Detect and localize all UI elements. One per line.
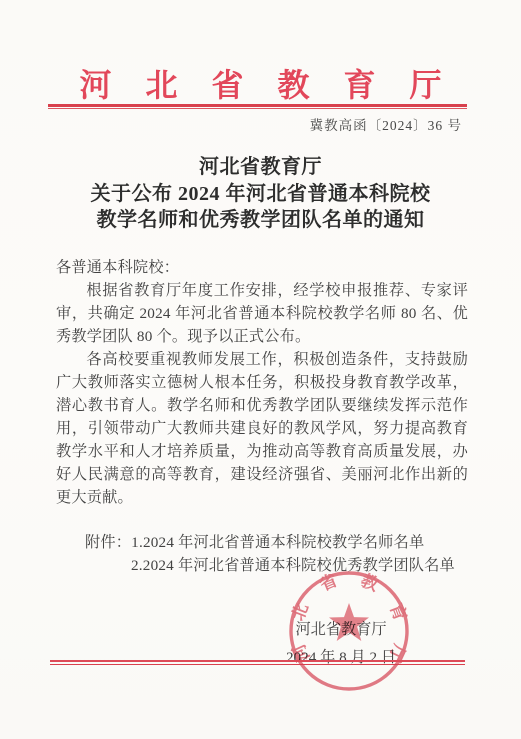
salutation: 各普通本科院校： [56,256,468,279]
footer-divider-rule [50,660,465,665]
attachments-block: 附件：1.2024 年河北省普通本科院校教学名师名单 2.2024 年河北省普通… [56,531,468,577]
attachment-line-1: 附件：1.2024 年河北省普通本科院校教学名师名单 [85,531,468,554]
letterhead-divider-rule [48,104,467,109]
footer-rule-bottom [50,664,465,666]
document-title-line-2: 关于公布 2024 年河北省普通本科院校 [0,181,521,208]
letterhead-rule-thin [48,108,467,109]
document-title-line-3: 教学名师和优秀教学团队名单的通知 [0,207,521,234]
document-body: 各普通本科院校： 根据省教育厅年度工作安排，经学校申报推荐、专家评审，共确定 2… [56,256,468,577]
document-title-line-1: 河北省教育厅 [0,154,521,181]
attachment-item-2: 2.2024 年河北省普通本科院校优秀教学团队名单 [85,554,468,577]
document-title: 河北省教育厅 关于公布 2024 年河北省普通本科院校 教学名师和优秀教学团队名… [0,154,521,234]
document-number: 冀教高函〔2024〕36 号 [310,114,462,134]
attachments-label: 附件： [85,534,131,551]
body-paragraph-2: 各高校要重视教师发展工作，积极创造条件，支持鼓励广大教师落实立德树人根本任务，积… [56,348,468,509]
document-page: 河北省教育厅 冀教高函〔2024〕36 号 河北省教育厅 关于公布 2024 年… [0,0,521,739]
signature-agency: 河北省教育厅 [241,618,441,639]
attachment-item-1: 1.2024 年河北省普通本科院校教学名师名单 [131,534,424,551]
body-paragraph-1: 根据省教育厅年度工作安排，经学校申报推荐、专家评审，共确定 2024 年河北省普… [56,279,468,348]
letterhead-agency-name: 河北省教育厅 [0,60,521,106]
